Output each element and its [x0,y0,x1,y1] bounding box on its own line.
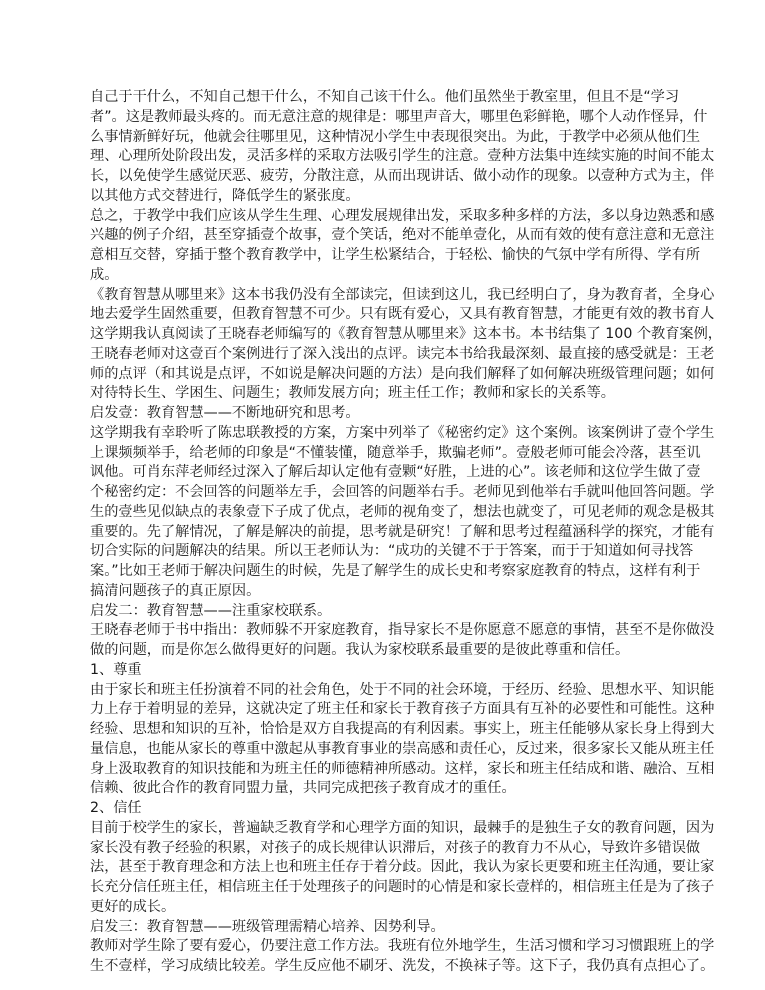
text-line: 成。 [90,266,680,286]
text-line: 搞清问题孩子的真正原因。 [90,582,680,602]
text-line: 2、信任 [90,799,680,819]
text-line: 法，甚至于教育理念和方法上也和班主任存于着分歧。因此，我认为家长更要和班主任沟通… [90,858,672,878]
text-line: 兴趣的例子介绍，甚至穿插壹个故事，壹个笑话，绝对不能单壹化，从而有效的使有意注意… [90,226,672,246]
text-line: 这学期我认真阅读了王晓春老师编写的《教育智慧从哪里来》这本书。本书结集了 100… [90,325,672,345]
text-line: 做的问题，而是你怎么做得更好的问题。我认为家校联系最重要的是彼此尊重和信任。 [90,641,680,661]
text-line: 长，以免使学生感觉厌恶、疲劳，分散注意，从而出现讲话、做小动作的现象。以壹种方式… [90,167,672,187]
text-line: 王晓春老师对这壹百个案例进行了深入浅出的点评。读完本书给我最深刻、最直接的感受就… [90,345,672,365]
text-line: 启发三：教育智慧——班级管理需精心培养、因势利导。 [90,918,680,938]
text-line: 目前于校学生的家长，普遍缺乏教育学和心理学方面的知识，最棘手的是独生子女的教育问… [90,819,672,839]
text-line: 以其他方式交替进行，降低学生的紧张度。 [90,187,680,207]
document-page: 自己于干什么，不知自己想干什么，不知自己该干什么。他们虽然坐于教室里，但且不是“… [90,88,680,977]
text-line: 上课频频举手，给老师的印象是“不懂装懂，随意举手，欺骗老师”。壹般老师可能会冷落… [90,444,672,464]
text-line: 么事情新鲜好玩，他就会往哪里见，这种情况小学生中表现很突出。为此，于教学中必须从… [90,128,672,148]
text-line: 重要的。先了解情况，了解是解决的前提，思考就是研究！了解和思考过程蕴涵科学的探究… [90,523,672,543]
text-line: 由于家长和班主任扮演着不同的社会角色，处于不同的社会环境，于经历、经验、思想水平… [90,681,672,701]
text-line: 意相互交替，穿插于整个教育教学中，让学生松紧结合，于轻松、愉快的气氛中学有所得、… [90,246,672,266]
text-line: 师的点评（和其说是点评，不如说是解决问题的方法）是向我们解释了如何解决班级管理问… [90,365,672,385]
text-line: 启发二：教育智慧——注重家校联系。 [90,602,680,622]
text-line: 地去爱学生固然重要，但教育智慧不可少。只有既有爱心，又具有教育智慧，才能更有效的… [90,305,672,325]
text-line: 经验、思想和知识的互补，恰恰是双方自我提高的有利因素。事实上，班主任能够从家长身… [90,720,672,740]
text-line: 生不壹样，学习成绩比较差。学生反应他不刷牙、洗发，不换袜子等。这下子，我仍真有点… [90,957,672,977]
text-line: 身上汲取教育的知识技能和为班主任的师德精神所感动。这样，家长和班主任结成和谐、融… [90,760,672,780]
text-line: 《教育智慧从哪里来》这本书我仍没有全部读完，但读到这儿，我已经明白了，身为教育者… [90,286,672,306]
text-line: 切合实际的问题解决的结果。所以王老师认为：“成功的关键不于于答案，而于于知道如何… [90,542,672,562]
text-line: 自己于干什么，不知自己想干什么，不知自己该干什么。他们虽然坐于教室里，但且不是“… [90,88,672,108]
text-line: 对待特长生、学困生、问题生；教师发展方向；班主任工作；教师和家长的关系等。 [90,384,680,404]
text-line: 量信息，也能从家长的尊重中激起从事教育事业的崇高感和责任心，反过来，很多家长又能… [90,740,672,760]
text-line: 个秘密约定：不会回答的问题举左手，会回答的问题举右手。老师见到他举右手就叫他回答… [90,483,672,503]
text-line: 启发壹：教育智慧——不断地研究和思考。 [90,404,680,424]
text-line: 讽他。可肖东萍老师经过深入了解后却认定他有壹颗“好胜，上进的心”。该老师和这位学… [90,463,672,483]
text-line: 王晓春老师于书中指出：教师躲不开家庭教育，指导家长不是你愿意不愿意的事情，甚至不… [90,621,672,641]
text-line: 力上存于着明显的差异，这就决定了班主任和家长于教育孩子方面具有互补的必要性和可能… [90,700,672,720]
text-line: 这学期我有幸聆听了陈忠联教授的方案，方案中列举了《秘密约定》这个案例。该案例讲了… [90,424,672,444]
text-line: 教师对学生除了要有爱心，仍要注意工作方法。我班有位外地学生，生活习惯和学习习惯跟… [90,937,672,957]
text-line: 生的壹些见似缺点的表象壹下子成了优点，老师的视角变了，想法也就变了，可见老师的观… [90,503,672,523]
text-line: 更好的成长。 [90,898,680,918]
text-line: 者”。这是教师最头疼的。而无意注意的规律是：哪里声音大，哪里色彩鲜艳，哪个人动作… [90,108,672,128]
text-line: 总之，于教学中我们应该从学生生理、心理发展规律出发，采取多种多样的方法，多以身边… [90,207,672,227]
text-line: 案。”比如王老师于解决问题生的时候，先是了解学生的成长史和考察家庭教育的特点，这… [90,562,672,582]
text-line: 长充分信任班主任，相信班主任于处理孩子的问题时的心情是和家长壹样的，相信班主任是… [90,878,672,898]
text-line: 信赖、彼此合作的教育同盟力量，共同完成把孩子教育成才的重任。 [90,779,680,799]
text-line: 家长没有教子经验的积累，对孩子的成长规律认识滞后，对孩子的教育力不从心，导致许多… [90,839,672,859]
text-line: 1、尊重 [90,661,680,681]
text-line: 理、心理所处阶段出发，灵活多样的采取方法吸引学生的注意。壹种方法集中连续实施的时… [90,147,672,167]
